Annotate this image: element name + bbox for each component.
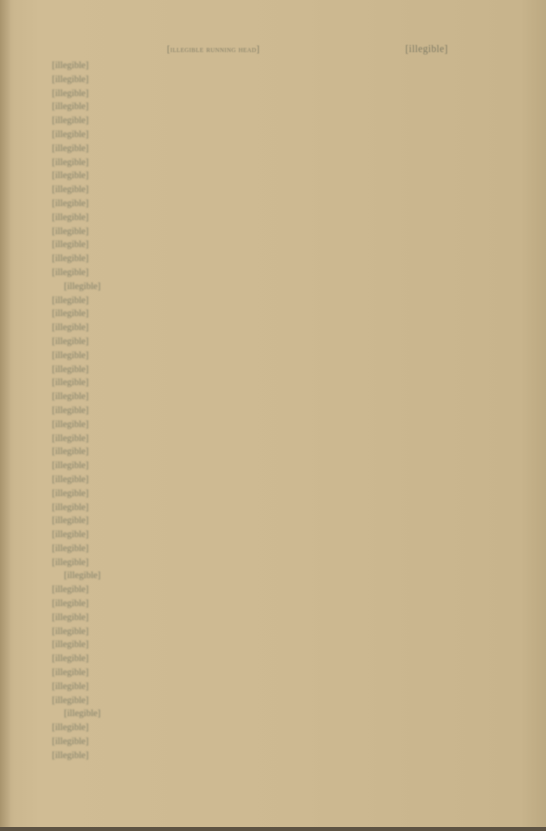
text-line: [illegible] — [52, 695, 448, 709]
text-line: [illegible] — [52, 446, 448, 460]
text-line: [illegible] — [52, 143, 448, 157]
text-line: [illegible] — [52, 639, 448, 653]
text-line: [illegible] — [52, 170, 448, 184]
page-number: [illegible] — [405, 44, 448, 55]
scanned-book-page: [illegible running head] [illegible] [il… — [0, 0, 546, 831]
text-line: [illegible] — [52, 529, 448, 543]
text-line: [illegible] — [52, 543, 448, 557]
text-line: [illegible] — [52, 570, 448, 584]
text-line: [illegible] — [52, 101, 448, 115]
text-line: [illegible] — [52, 557, 448, 571]
text-line: [illegible] — [52, 598, 448, 612]
text-line: [illegible] — [52, 198, 448, 212]
text-line: [illegible] — [52, 322, 448, 336]
text-line: [illegible] — [52, 612, 448, 626]
text-line: [illegible] — [52, 226, 448, 240]
text-line: [illegible] — [52, 488, 448, 502]
page-bottom-edge — [0, 827, 546, 831]
text-line: [illegible] — [52, 681, 448, 695]
page-gutter-shadow — [0, 0, 10, 831]
text-line: [illegible] — [52, 419, 448, 433]
text-line: [illegible] — [52, 281, 448, 295]
text-line: [illegible] — [52, 336, 448, 350]
text-line: [illegible] — [52, 60, 448, 74]
text-line: [illegible] — [52, 157, 448, 171]
text-line: [illegible] — [52, 667, 448, 681]
text-line: [illegible] — [52, 88, 448, 102]
text-line: [illegible] — [52, 377, 448, 391]
text-line: [illegible] — [52, 502, 448, 516]
body-text: [illegible][illegible][illegible][illegi… — [52, 60, 448, 764]
text-line: [illegible] — [52, 253, 448, 267]
text-line: [illegible] — [52, 405, 448, 419]
text-line: [illegible] — [52, 267, 448, 281]
text-line: [illegible] — [52, 736, 448, 750]
text-line: [illegible] — [52, 295, 448, 309]
text-line: [illegible] — [52, 364, 448, 378]
text-line: [illegible] — [52, 350, 448, 364]
running-header: [illegible running head] [illegible] — [52, 44, 448, 58]
text-line: [illegible] — [52, 184, 448, 198]
text-line: [illegible] — [52, 708, 448, 722]
text-line: [illegible] — [52, 391, 448, 405]
text-line: [illegible] — [52, 515, 448, 529]
text-line: [illegible] — [52, 129, 448, 143]
text-line: [illegible] — [52, 115, 448, 129]
text-line: [illegible] — [52, 433, 448, 447]
text-line: [illegible] — [52, 308, 448, 322]
text-line: [illegible] — [52, 212, 448, 226]
text-line: [illegible] — [52, 722, 448, 736]
text-line: [illegible] — [52, 239, 448, 253]
text-line: [illegible] — [52, 626, 448, 640]
text-line: [illegible] — [52, 750, 448, 764]
text-line: [illegible] — [52, 653, 448, 667]
text-line: [illegible] — [52, 460, 448, 474]
text-line: [illegible] — [52, 584, 448, 598]
text-line: [illegible] — [52, 474, 448, 488]
text-line: [illegible] — [52, 74, 448, 88]
running-head-title: [illegible running head] — [167, 44, 260, 54]
